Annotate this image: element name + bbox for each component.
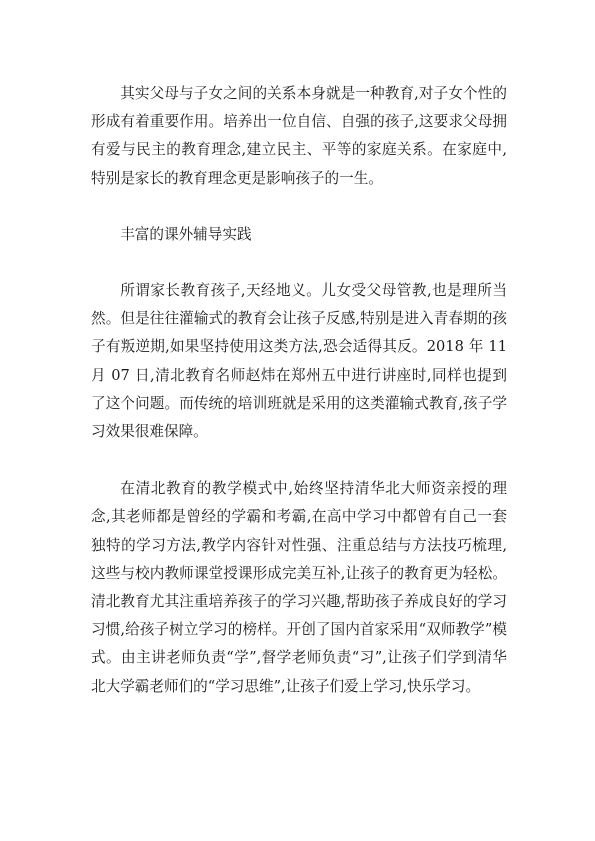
spacer <box>91 446 507 475</box>
spacer <box>91 193 507 221</box>
paragraph-tutoring-practice: 所谓家长教育孩子,天经地义。儿女受父母管教,也是理所当然。但是往往灌输式的教育会… <box>91 277 507 446</box>
paragraph-teaching-model: 在清北教育的教学模式中,始终坚持清华北大师资亲授的理念,其老师都是曾经的学霸和考… <box>91 475 507 701</box>
paragraph-family-education: 其实父母与子女之间的关系本身就是一种教育,对子女个性的形成有着重要作用。培养出一… <box>91 80 507 193</box>
document-page: 其实父母与子女之间的关系本身就是一种教育,对子女个性的形成有着重要作用。培养出一… <box>91 80 507 701</box>
section-heading: 丰富的课外辅导实践 <box>91 221 507 249</box>
spacer <box>91 249 507 277</box>
